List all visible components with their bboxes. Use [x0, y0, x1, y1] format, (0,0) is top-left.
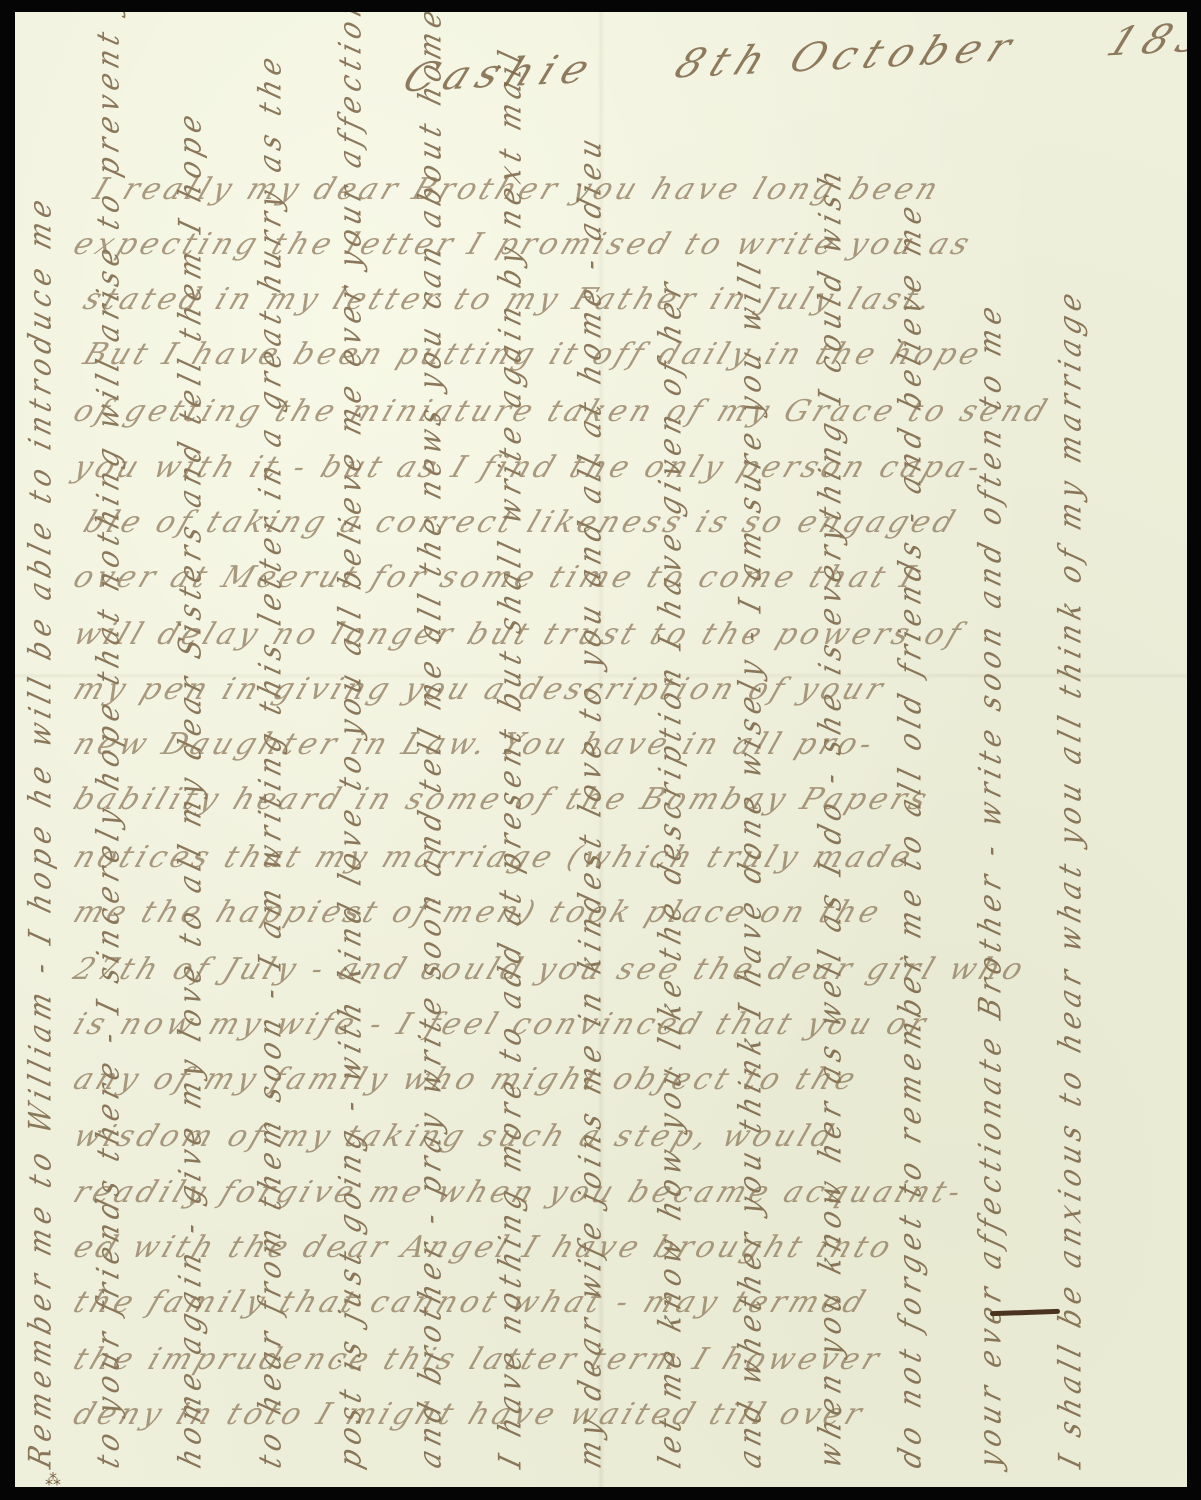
heading-year: 1835: [1100, 13, 1187, 66]
letter-line: I really my dear Brother you have long b…: [89, 172, 947, 207]
letter-line: any of my family who might object to the: [69, 1062, 864, 1097]
letter-line: is now my wife - I feel convinced that y…: [69, 1007, 935, 1042]
letter-line: ed with the dear Angel I have brought in…: [69, 1230, 900, 1265]
letter-line: wisdom of my taking such a step, would: [69, 1119, 842, 1154]
letter-line: deny in toto I might have waited till ov…: [69, 1397, 871, 1432]
letter-line: the family that cannot what - may termed: [69, 1285, 874, 1320]
corner-mark: ⁂: [45, 1470, 61, 1487]
letter-line: me the happiest of men) took place on th…: [69, 895, 888, 930]
letter-page: Remember me to William - I hope he will …: [15, 12, 1187, 1487]
cross-line: Remember me to William - I hope he will …: [23, 190, 59, 1472]
letter-line: you with it - but as I find the only per…: [69, 450, 989, 485]
letter-line: the imprudence this latter term I howeve…: [69, 1342, 888, 1377]
letter-line: will delay no longer but trust to the po…: [69, 617, 970, 652]
letter-line: stated in my letter to my Father in July…: [79, 282, 941, 317]
letter-line: bability heard in some of the Bombay Pap…: [69, 782, 936, 817]
letter-line: notices that my marriage (which truly ma…: [69, 840, 920, 875]
letter-line: of getting the miniature taken of my Gra…: [69, 394, 1056, 429]
letter-line: readily forgive me when you became acqua…: [69, 1175, 970, 1210]
letter-line: ble of taking a correct likeness is so e…: [79, 505, 964, 540]
letter-line: expecting the letter I promised to write…: [69, 227, 978, 262]
cross-line: I shall be anxious to hear what you all …: [1053, 283, 1089, 1472]
letter-line: over at Meerut for some time to come tha…: [69, 560, 924, 595]
cross-line: do not forget to remember me to all old …: [893, 196, 929, 1472]
letter-line: my pen in giving you a description of yo…: [69, 672, 892, 707]
letter-line: 27th of July - and could you see the dea…: [69, 952, 1032, 987]
letter-line: new Daughter in Law. You have in all pro…: [69, 727, 881, 762]
letter-line: But I have been putting it off daily in …: [79, 337, 989, 372]
